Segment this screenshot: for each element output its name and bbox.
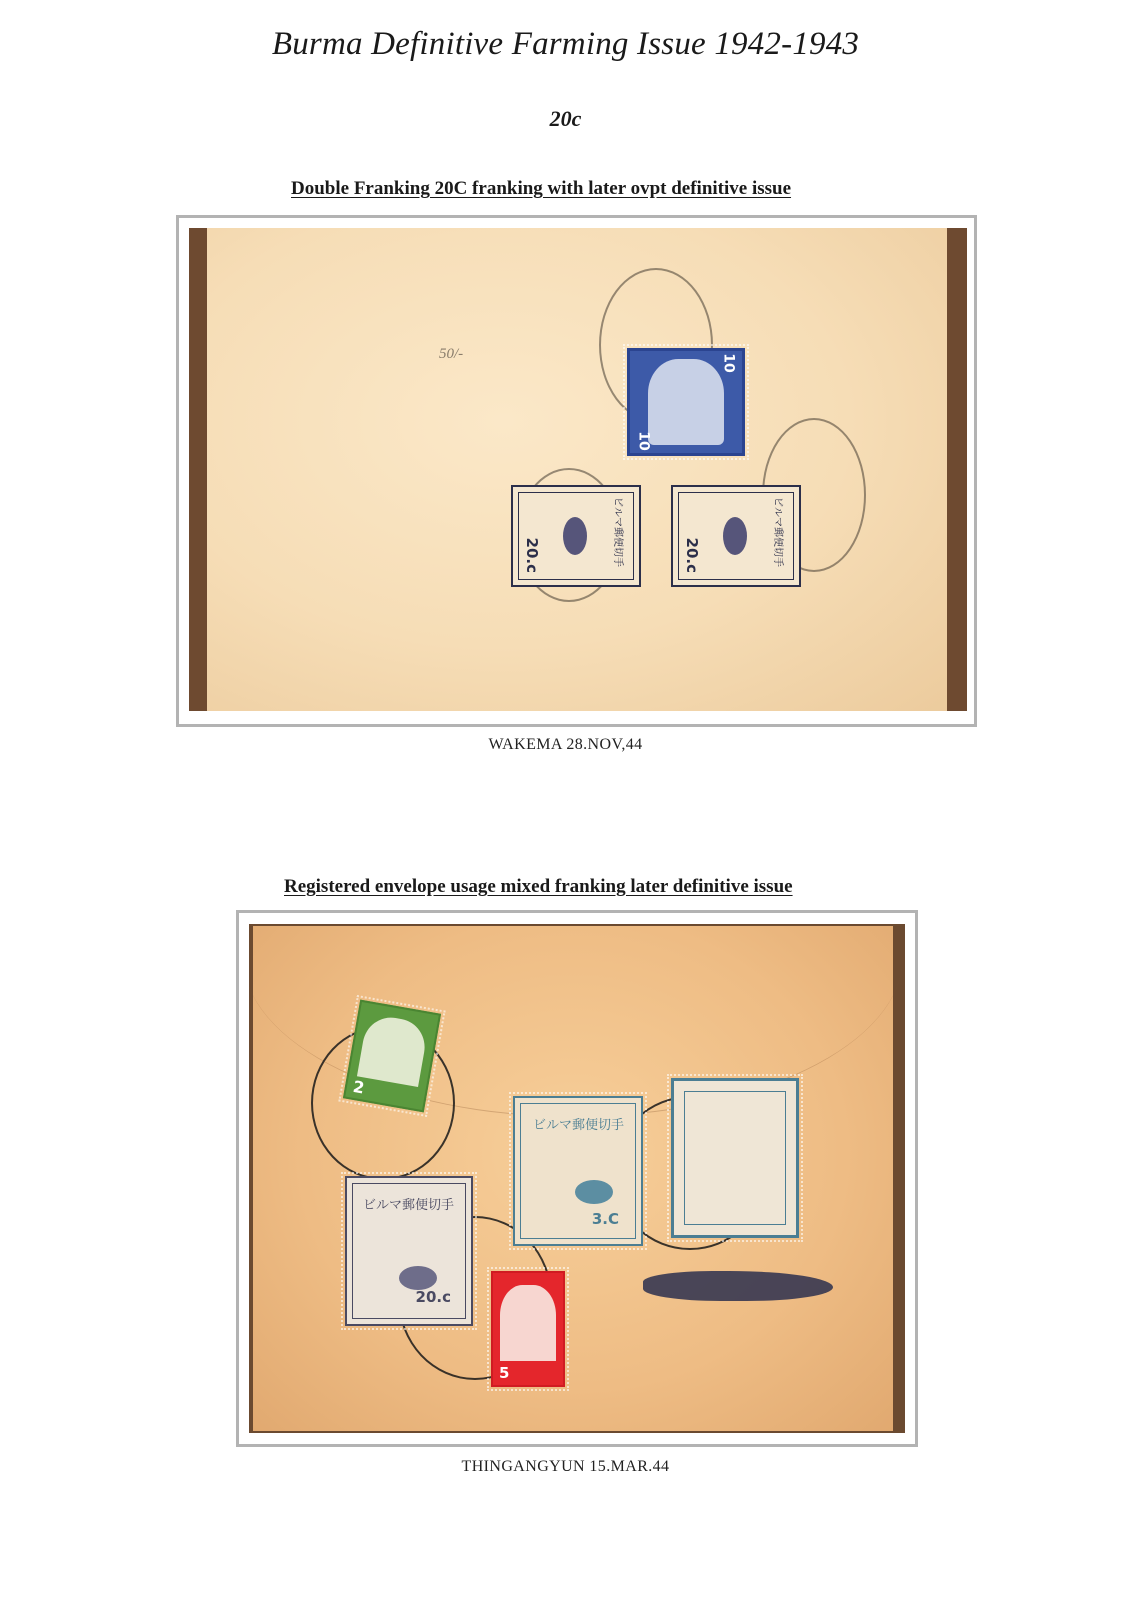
stamp-border (684, 1091, 786, 1225)
stamp-value: 10 (720, 353, 736, 372)
stamp-portrait (648, 359, 724, 445)
stamp-value: 20.c (523, 538, 541, 573)
stamp-10-cent-overprint: 10 10 (627, 348, 745, 456)
stamp-value: 20.c (683, 538, 701, 573)
exhibit-2-heading: Registered envelope usage mixed franking… (284, 876, 793, 898)
exhibit-1-heading: Double Franking 20C franking with later … (291, 178, 791, 200)
pencil-annotation: 50/- (439, 346, 463, 363)
page-subtitle: 20c (0, 106, 1131, 132)
stamp-20c-farming: ビルマ郵便切手 20.c (345, 1176, 473, 1326)
stamp-vignette (500, 1285, 556, 1361)
stamp-20c-farming: ビルマ郵便切手 20.c (511, 485, 641, 587)
exhibit-2-frame: 2 ビルマ郵便切手 3.C ビルマ郵便切手 20.c 5 (236, 910, 918, 1447)
stamp-3c-farming: ビルマ郵便切手 3.C (513, 1096, 643, 1246)
cover-paper: 10 10 ビルマ郵便切手 20.c ビルマ郵便切手 20.c 50/- (207, 228, 947, 711)
exhibit-2-caption: THINGANGYUN 15.MAR.44 (0, 1458, 1131, 1476)
stamp-value: 3.C (592, 1210, 619, 1228)
stamp-2c-farmer: 2 (343, 1000, 441, 1113)
stamp-inscription: ビルマ郵便切手 (772, 497, 787, 567)
stamp-vignette (357, 1013, 429, 1087)
ink-blot (643, 1271, 833, 1301)
stamp-soldier-definitive (671, 1078, 799, 1238)
stamp-value: 20.c (416, 1288, 451, 1306)
exhibit-1-caption: WAKEMA 28.NOV,44 (0, 736, 1131, 754)
envelope-back: 2 ビルマ郵便切手 3.C ビルマ郵便切手 20.c 5 (253, 926, 893, 1431)
stamp-value: 10 (636, 431, 652, 450)
envelope-image: 2 ビルマ郵便切手 3.C ビルマ郵便切手 20.c 5 (249, 924, 905, 1433)
exhibit-1-frame: 10 10 ビルマ郵便切手 20.c ビルマ郵便切手 20.c 50/- (176, 215, 977, 727)
stamp-inscription: ビルマ郵便切手 (363, 1194, 454, 1213)
ox-plough-icon (723, 517, 747, 555)
ox-plough-icon (563, 517, 587, 555)
page-title: Burma Definitive Farming Issue 1942-1943 (0, 26, 1131, 63)
stamp-20c-farming: ビルマ郵便切手 20.c (671, 485, 801, 587)
stamp-inscription: ビルマ郵便切手 (533, 1114, 624, 1133)
cover-fragment-image: 10 10 ビルマ郵便切手 20.c ビルマ郵便切手 20.c 50/- (189, 228, 967, 711)
ox-plough-icon (399, 1266, 437, 1290)
stamp-inscription: ビルマ郵便切手 (612, 497, 627, 567)
stamp-value: 2 (352, 1077, 366, 1098)
ox-plough-icon (575, 1180, 613, 1204)
stamp-5c-elephant: 5 (491, 1271, 565, 1387)
stamp-value: 5 (499, 1364, 509, 1382)
